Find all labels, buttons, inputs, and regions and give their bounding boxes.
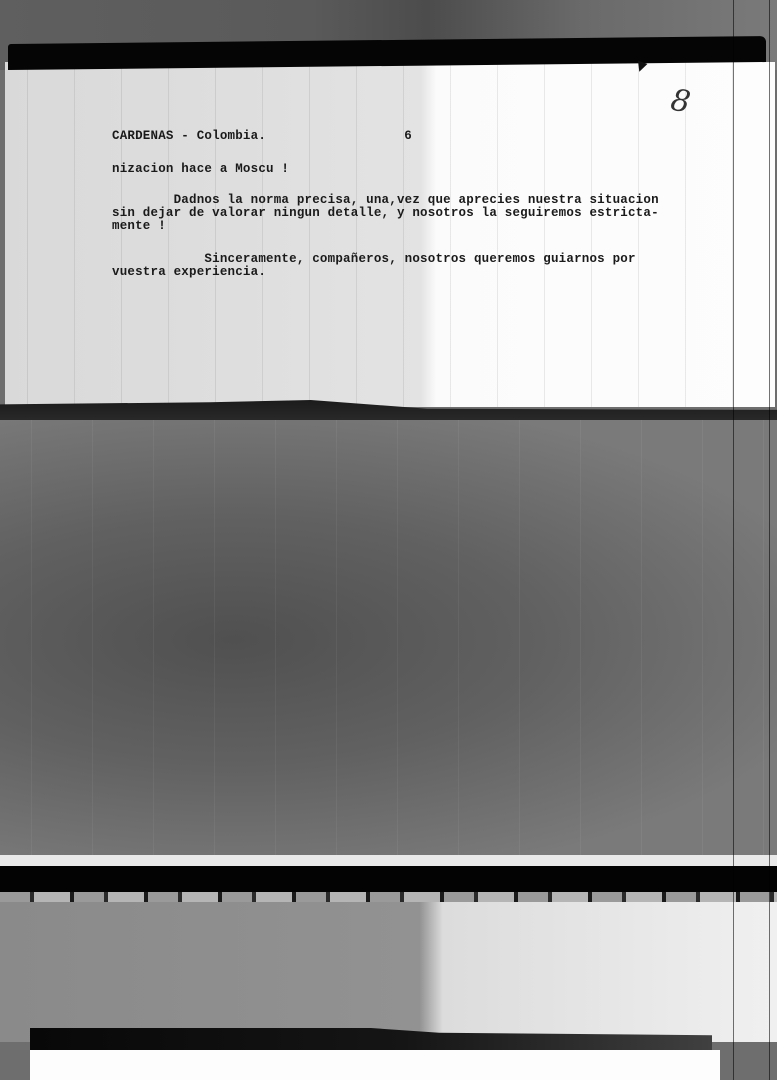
film-margin-line	[769, 0, 770, 1080]
document-text: CARDENAS - Colombia. 6 nizacion hace a M…	[112, 130, 659, 279]
text-line: mente !	[112, 220, 659, 233]
film-shadow-band	[0, 866, 777, 894]
next-page-edge	[30, 1050, 720, 1080]
blank-scan-area-lower	[0, 902, 777, 1042]
page-number: 6	[404, 130, 412, 143]
page-header: CARDENAS - Colombia. 6	[112, 130, 412, 143]
text-line: sin dejar de valorar ningun detalle, y n…	[112, 207, 659, 220]
blank-scan-area	[0, 420, 777, 860]
header-title: CARDENAS - Colombia.	[112, 130, 266, 143]
text-line: nizacion hace a Moscu !	[112, 163, 659, 176]
film-margin-line	[733, 0, 734, 1080]
film-edge-strip	[0, 892, 777, 902]
paragraph: Dadnos la norma precisa, una,vez que apr…	[112, 194, 659, 233]
text-line: vuestra experiencia.	[112, 266, 659, 279]
paragraph: Sinceramente, compañeros, nosotros quere…	[112, 253, 659, 279]
